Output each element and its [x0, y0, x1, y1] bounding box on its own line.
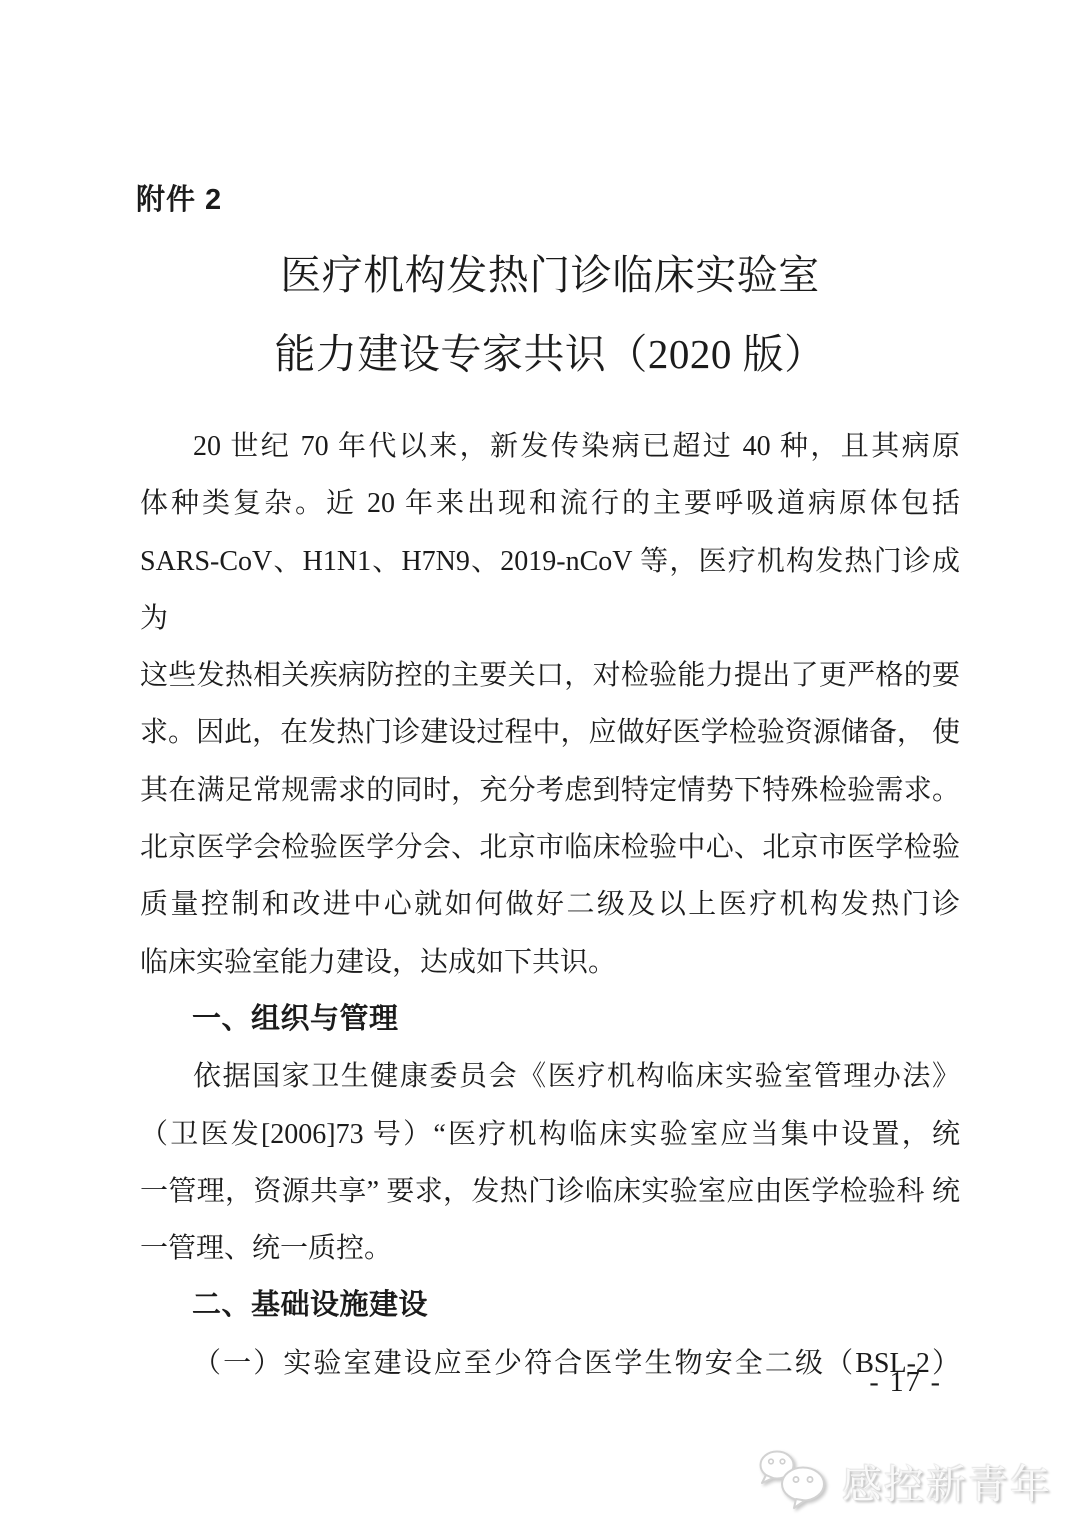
watermark: 感控新青年 [754, 1448, 1052, 1515]
wechat-bubbles-icon [754, 1448, 834, 1515]
body-line: 临床实验室能力建设，达成如下共识。 [140, 934, 960, 991]
body-line: 20 世纪 70 年代以来，新发传染病已超过 40 种，且其病原 [140, 418, 960, 475]
body-text: 20 世纪 70 年代以来，新发传染病已超过 40 种，且其病原体种类复杂。近 … [140, 418, 960, 1392]
section-heading: 一、组织与管理 [140, 991, 960, 1048]
body-line: 质量控制和改进中心就如何做好二级及以上医疗机构发热门诊 [140, 876, 960, 933]
document-page: 附件 2 医疗机构发热门诊临床实验室 能力建设专家共识（2020 版） 20 世… [0, 0, 1080, 1527]
body-line: 一管理，资源共享” 要求，发热门诊临床实验室应由医学检验科 统 [140, 1163, 960, 1220]
document-title-line-2: 能力建设专家共识（2020 版） [140, 315, 960, 394]
document-title: 医疗机构发热门诊临床实验室 能力建设专家共识（2020 版） [140, 236, 960, 394]
document-title-line-1: 医疗机构发热门诊临床实验室 [140, 236, 960, 315]
body-line: （一）实验室建设应至少符合医学生物安全二级（BSL-2） [140, 1335, 960, 1392]
body-line: （卫医发[2006]73 号）“医疗机构临床实验室应当集中设置，统 [140, 1106, 960, 1163]
page-number: - 17 - [869, 1366, 942, 1400]
body-line: SARS-CoV、H1N1、H7N9、2019-nCoV 等，医疗机构发热门诊成… [140, 533, 960, 648]
watermark-label: 感控新青年 [842, 1453, 1052, 1510]
section-heading: 二、基础设施建设 [140, 1277, 960, 1334]
body-line: 体种类复杂。近 20 年来出现和流行的主要呼吸道病原体包括 [140, 475, 960, 532]
body-line: 这些发热相关疾病防控的主要关口，对检验能力提出了更严格的要 [140, 647, 960, 704]
body-line: 其在满足常规需求的同时，充分考虑到特定情势下特殊检验需求。 [140, 762, 960, 819]
body-line: 依据国家卫生健康委员会《医疗机构临床实验室管理办法》 [140, 1048, 960, 1105]
body-line: 求。因此，在发热门诊建设过程中，应做好医学检验资源储备， 使 [140, 704, 960, 761]
body-line: 北京医学会检验医学分会、北京市临床检验中心、北京市医学检验 [140, 819, 960, 876]
body-line: 一管理、统一质控。 [140, 1220, 960, 1277]
attachment-label: 附件 2 [136, 182, 222, 218]
